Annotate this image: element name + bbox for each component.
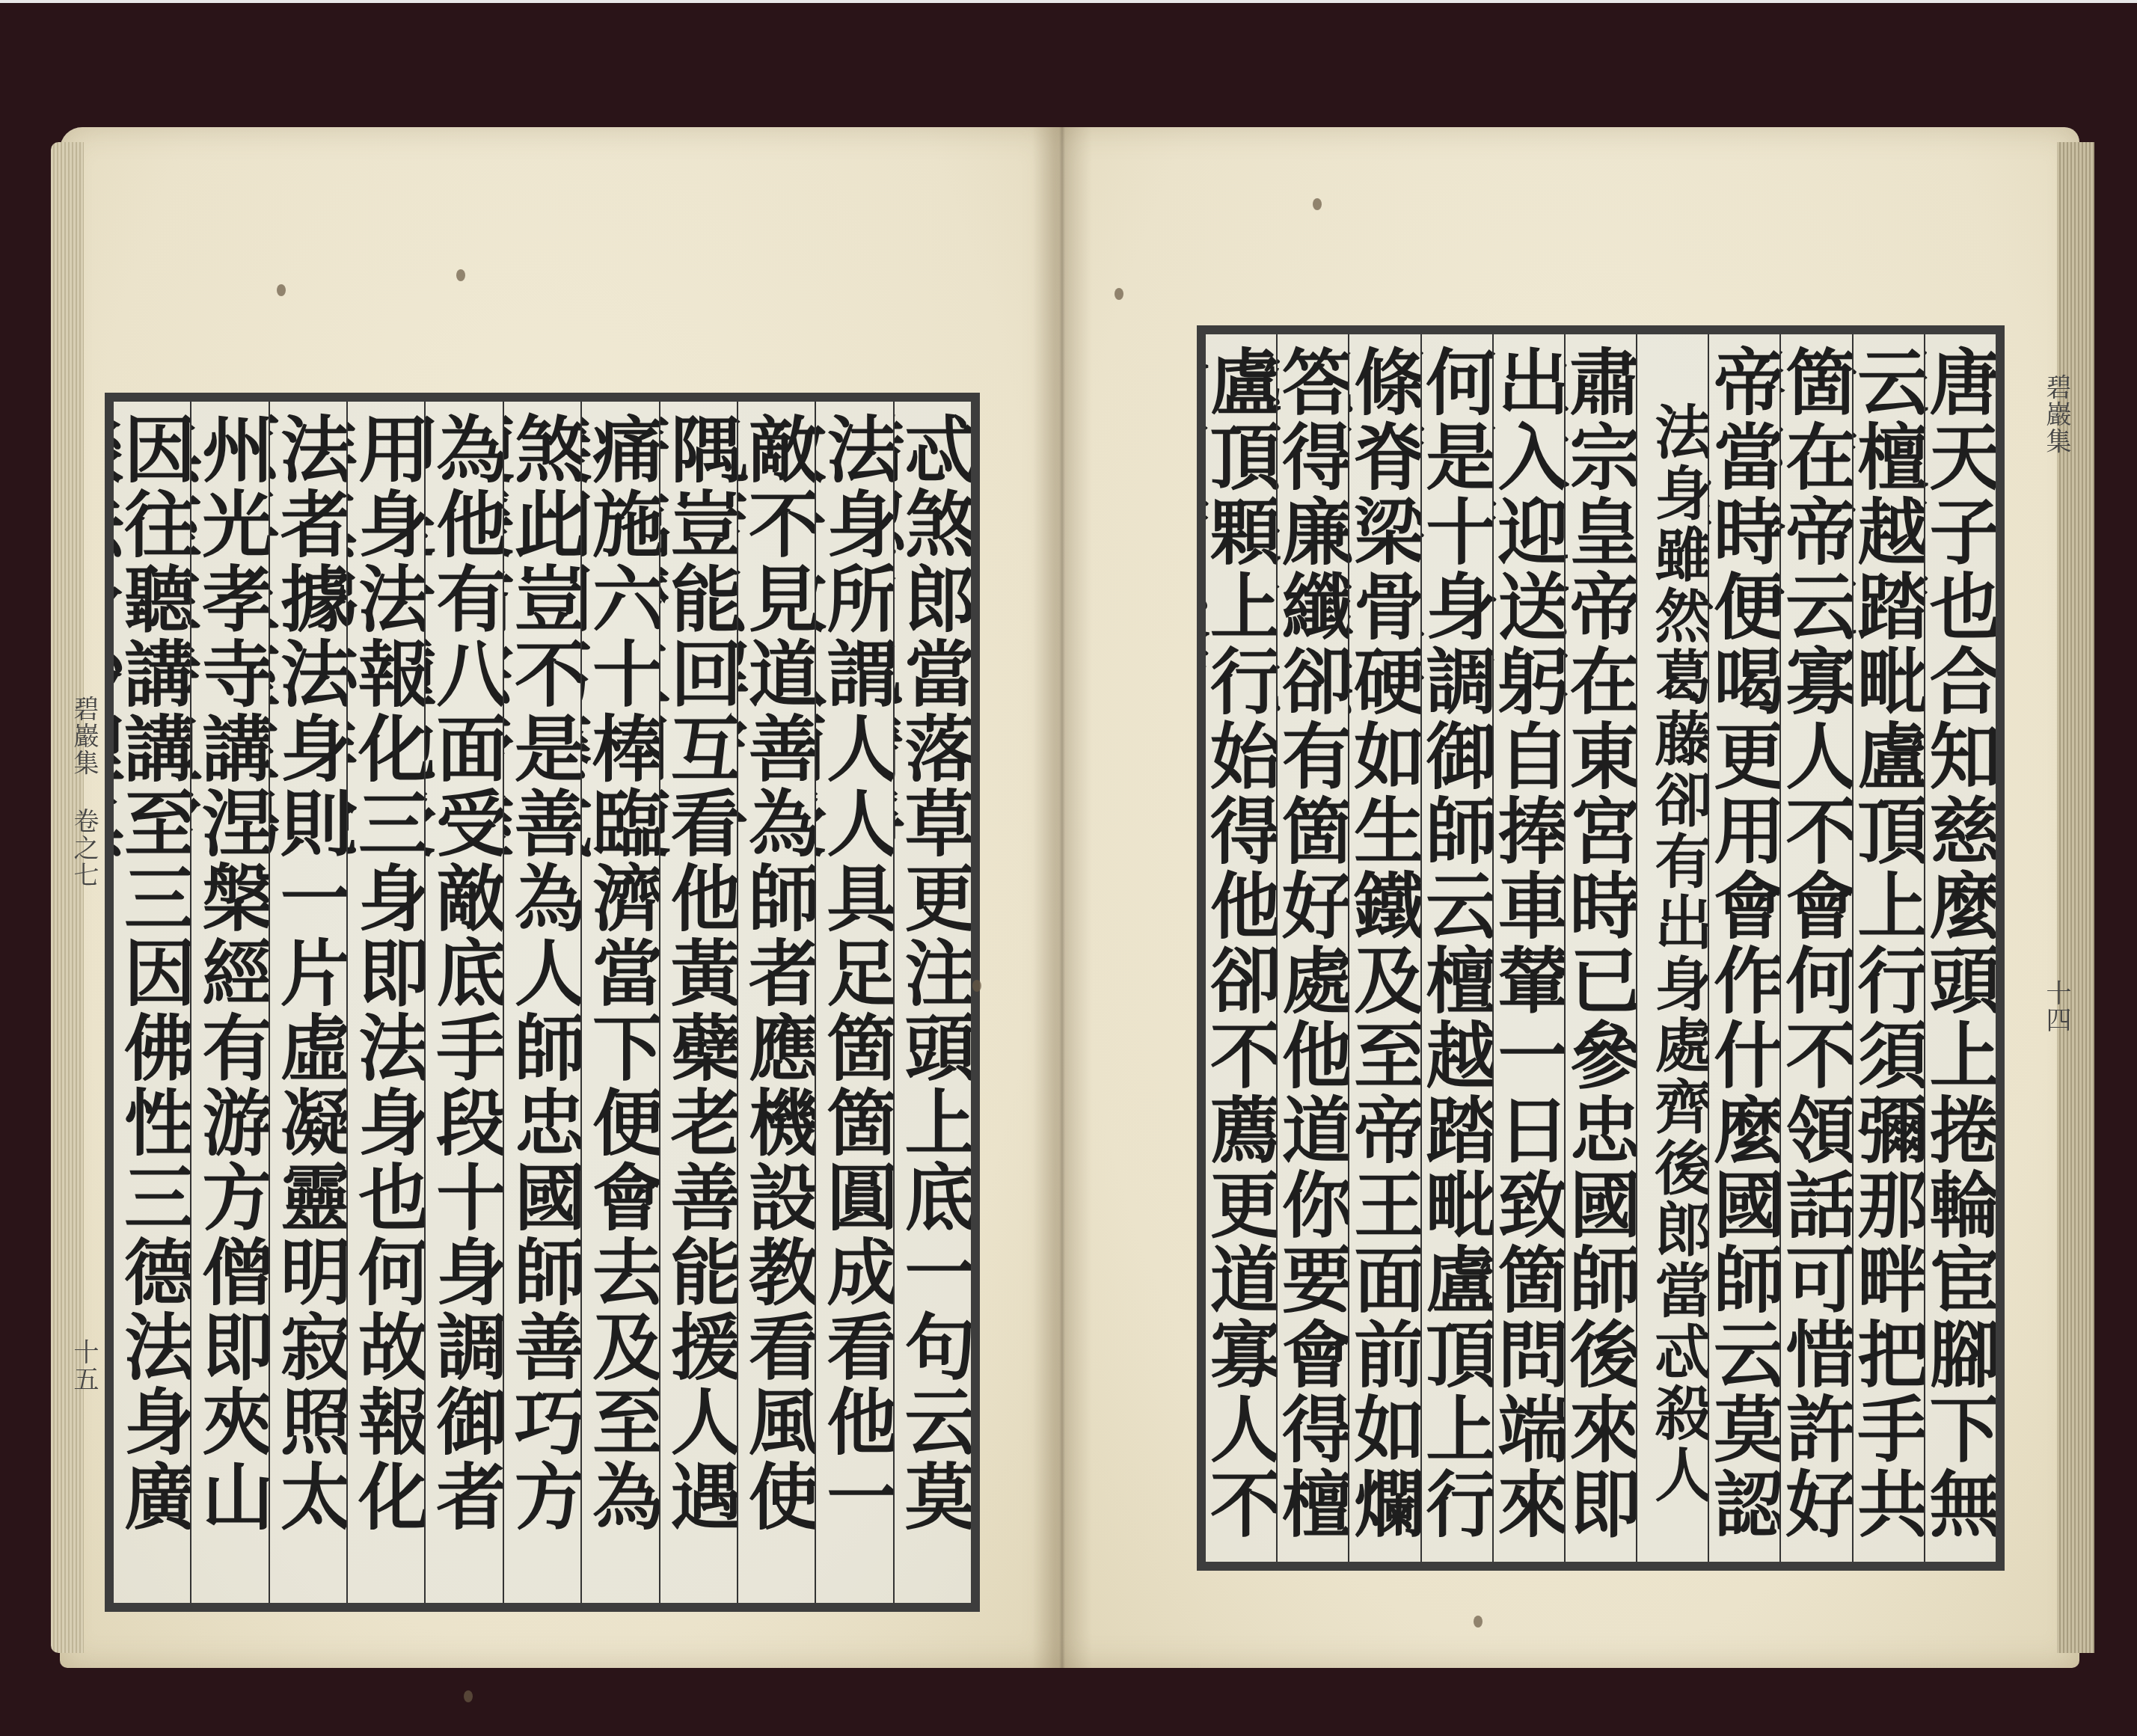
scan-top-edge — [0, 0, 2137, 3]
text-column: 唐天子也合知慈麼頭上捲輪宦腳下無憂履國師 — [1924, 334, 1996, 1562]
wormhole-spot — [972, 980, 981, 992]
right-margin-title: 碧巖集 — [2038, 374, 2075, 455]
text-column: 因往聽講講至三因佛性三德法身廣談法身妙理典 — [114, 402, 190, 1603]
text-column: 法身所謂人人具足箇箇圓成看他一放一收八面受 — [815, 402, 892, 1603]
left-text-frame: 忒煞郎當落草更注頭上底一句云莫錯認自己清淨 法身所謂人人具足箇箇圓成看他一放一收… — [105, 393, 980, 1612]
wormhole-spot — [1313, 198, 1322, 210]
text-column: 盧頂顆上行始得他卻不薦更道寡人不會國師後面 — [1206, 334, 1276, 1562]
wormhole-spot — [1474, 1616, 1483, 1628]
text-column: 敵不見道善為師者應機設教看風使帆若只解守一 — [737, 402, 815, 1603]
text-column: 條脊梁骨硬如生鐵及至帝王面前如爛泥相似雖然 — [1348, 334, 1420, 1562]
wormhole-spot — [464, 1690, 473, 1702]
text-column: 州光孝寺講涅槃經有游方僧即夾山典座在寺阻雪 — [190, 402, 268, 1603]
text-column: 答得廉纖卻有箇好處他道你要會得檀越須是向毗 — [1276, 334, 1348, 1562]
right-fold-page-number: 十四 — [2038, 980, 2075, 1034]
text-column: 帝當時便喝更用會作什麼國師云莫認自己清淨 — [1708, 334, 1779, 1562]
right-page-edges — [2057, 142, 2094, 1653]
left-margin-title: 碧巖集 卷之七 — [66, 696, 102, 889]
text-column: 法身雖然葛藤卻有出身處齊後郎當忒殺人 — [1636, 334, 1708, 1562]
text-column: 為他有八面受敵底手段十身調御者即是十種他受 — [424, 402, 502, 1603]
text-column: 箇在帝云寡人不會何不領話可惜許好彩不分付 — [1779, 334, 1851, 1562]
text-column: 肅宗皇帝在東宮時已參忠國師後來即位敬之愈篤 — [1564, 334, 1636, 1562]
left-page: 碧巖集 卷之七 十五 忒煞郎當落草更注頭上底一句云莫錯認自己清淨 法身所謂人人具… — [60, 127, 1055, 1668]
wormhole-spot — [277, 284, 286, 296]
open-book: 碧巖集 卷之七 十五 忒煞郎當落草更注頭上底一句云莫錯認自己清淨 法身所謂人人具… — [60, 127, 2079, 1668]
text-column: 煞此豈不是善為人師忠國師善巧方便援肅宗帝盡 — [503, 402, 580, 1603]
right-page: 唐天子也合知慈麼頭上捲輪宦腳下無憂履國師 云檀越踏毗盧頂上行須彌那畔把手共行猶有… — [1055, 127, 2079, 1668]
text-column: 出入迎送躬自捧車輦一日致箇問端來問國師云如 — [1492, 334, 1564, 1562]
text-column: 法者據法身則一片虛凝靈明寂照太原孚上座在揚 — [269, 402, 346, 1603]
right-text-frame: 唐天子也合知慈麼頭上捲輪宦腳下無憂履國師 云檀越踏毗盧頂上行須彌那畔把手共行猶有… — [1197, 325, 2005, 1571]
right-text-columns: 唐天子也合知慈麼頭上捲輪宦腳下無憂履國師 云檀越踏毗盧頂上行須彌那畔把手共行猶有… — [1206, 334, 1996, 1562]
text-column: 用身法報化三身即法身也何故報化非真佛亦非說 — [346, 402, 424, 1603]
text-column: 何是十身調御師云檀越踏毗盧頂上行國師平生一 — [1420, 334, 1492, 1562]
text-column: 痛施六十棒臨濟當下便會去及至為裴相國葛藤忒 — [580, 402, 658, 1603]
left-fold-page-number: 十五 — [66, 1339, 102, 1393]
text-column: 忒煞郎當落草更注頭上底一句云莫錯認自己清淨 — [893, 402, 971, 1603]
wormhole-spot — [456, 269, 465, 281]
book-gutter — [1032, 127, 1092, 1668]
wormhole-spot — [1115, 288, 1123, 300]
text-column: 云檀越踏毗盧頂上行須彌那畔把手共行猶有這 — [1852, 334, 1924, 1562]
text-column: 隅豈能回互看他黃蘗老善能援人遇著臨濟三回便 — [659, 402, 737, 1603]
left-text-columns: 忒煞郎當落草更注頭上底一句云莫錯認自己清淨 法身所謂人人具足箇箇圓成看他一放一收… — [114, 402, 971, 1603]
left-page-edges — [51, 142, 84, 1653]
